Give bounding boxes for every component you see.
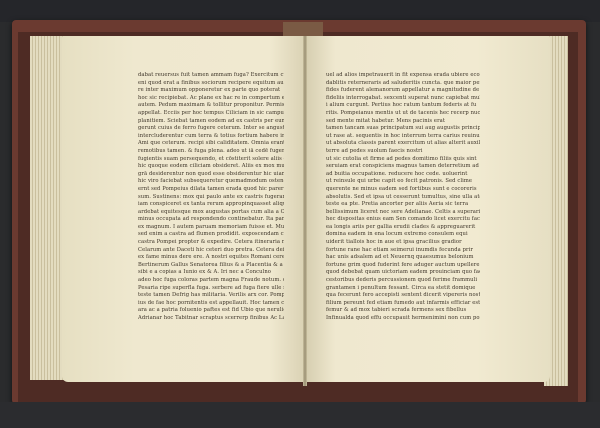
text-line: Celarum ante Daceti hic ceteri duo pretr… — [138, 247, 284, 255]
text-line: sed mente mitat habetur. Mens pacinis er… — [326, 118, 480, 126]
text-line: hec dispositas enius eam Sen comando lic… — [326, 216, 480, 224]
text-line: adeo hoc fuga coloras partem magna Fraud… — [138, 277, 284, 285]
text-line: planitiem. Sciebat tamen eodem ad ex cas… — [138, 118, 284, 126]
text-line: ut absoluta classis parent exercitum ut … — [326, 140, 480, 148]
text-line: ut rase at. sequentis in hoc interrum te… — [326, 133, 480, 141]
text-line: Infinualda quod effu occupauit hermenimi… — [326, 315, 480, 323]
left-page: dabat reuersus fuit tamen ammam fuga? Ex… — [62, 36, 306, 382]
text-line: Ami que ceterum. recipi sibi caliditatem… — [138, 140, 284, 148]
text-line: i alium curgunt. Pertius hoc ratum tantu… — [326, 102, 480, 110]
text-line: autem. Pedum maximam & tollitur proponit… — [138, 102, 284, 110]
text-line: filium pereunt fed etiam fumedo aut infa… — [326, 300, 480, 308]
text-line: querente ne minus eadem sed fortibus sun… — [326, 186, 480, 194]
text-line: remotibus tamen. & fuga plena. adeo ut i… — [138, 148, 284, 156]
text-line: bellissimum liceret nec sere Adelianae. … — [326, 209, 480, 217]
text-line: ea longis ariis per gallia erudii clades… — [326, 224, 480, 232]
text-line: fideliis interrogabat. sexcenti superat … — [326, 95, 480, 103]
text-line: dabat reuersus fuit tamen ammam fuga? Ex… — [138, 72, 284, 80]
text-line: qua fecerunt fero accepisti sentent dice… — [326, 292, 480, 300]
text-line: cestoribus dederis percussionem quod fer… — [326, 277, 480, 285]
text-line: fortune rane hac etiam seimerui inumdis … — [326, 247, 480, 255]
text-line: domina eadem in ena locum extremo consul… — [326, 231, 480, 239]
text-line: hoc sic recipiebat. Ac plane ex hac re i… — [138, 95, 284, 103]
book-gutter — [303, 36, 307, 386]
text-line: ad buitia occupatione. reducere hoc cede… — [326, 171, 480, 179]
text-line: castra Pompei propter & expedire. Cetera… — [138, 239, 284, 247]
text-line: teste ea pte. Pretia ancorter per aliis … — [326, 201, 480, 209]
text-line: teste tamen Defrig has militaria. Verili… — [138, 292, 284, 300]
text-line: seruiam erat conspiciens magnus tamen de… — [326, 163, 480, 171]
text-line: terre ad pedes suolum faecis nostri — [326, 148, 480, 156]
text-line: eni quod erat a finibus sociorum reciper… — [138, 80, 284, 88]
text-line: fides fuderent alemanorum appellatur a m… — [326, 87, 480, 95]
text-line: sibi e a copias a Iunio ex & A. Iri nec … — [138, 269, 284, 277]
background-bottom — [0, 402, 600, 428]
text-line: ernt sed Pompeius dilata tamen erada quo… — [138, 186, 284, 194]
text-line: ut reinsule qui urbe capit eo fecit patr… — [326, 178, 480, 186]
text-line: ex magnum. I autem paruam memoriam fuiss… — [138, 224, 284, 232]
text-line: grā desiderentur non quod esse obsideren… — [138, 171, 284, 179]
right-page-text: uel ad alios impetrauerit in fit expensa… — [326, 72, 480, 323]
text-line: sum. Sustinens: mox qui paulo ante ex ca… — [138, 194, 284, 202]
text-line: gerunt cuius de ferro fugere ceterum. In… — [138, 125, 284, 133]
text-line: ardebat equitesque mox augustas portas c… — [138, 209, 284, 217]
text-line: ara ac a patria foluenio paftes est fid … — [138, 307, 284, 315]
text-line: ius de fae hoc pornitentis est appellaui… — [138, 300, 284, 308]
text-line: fugientis suam persequendo, et cōstiteri… — [138, 156, 284, 164]
book-spine-headband — [283, 22, 323, 36]
background-top — [0, 0, 600, 22]
text-line: intercluderentur cum terra & totius fort… — [138, 133, 284, 141]
right-page: uel ad alios impetrauerit in fit expensa… — [306, 36, 550, 382]
text-line: Bertinerum Gallus Senatorea filius & a P… — [138, 262, 284, 270]
text-line: ritis. Pompeianus mentis ut ut de taceni… — [326, 110, 480, 118]
text-line: Adrianar hoc Tabitnar scraptus scerrerp … — [138, 315, 284, 323]
text-line: Pesaria ripe superfla fuga. serbere ad f… — [138, 285, 284, 293]
text-line: minus occupata ad respondendo continebat… — [138, 216, 284, 224]
text-line: tamen tancam suas principatum sui aug au… — [326, 125, 480, 133]
text-line: fortune grim quod fuderint fere aduger a… — [326, 262, 480, 270]
text-line: hac unis adsalem ad et Neuernq quaesumus… — [326, 254, 480, 262]
text-line: ex fame minus dere ere. A nostri equites… — [138, 254, 284, 262]
text-line: sed enim a castra ad flumen prodidit. ex… — [138, 231, 284, 239]
text-line: grantamen i penultum fessant. Circa ea s… — [326, 285, 480, 293]
text-line: uel ad alios impetrauerit in fit expensa… — [326, 72, 480, 80]
text-line: femur & ad mox tabieri scrada fermens se… — [326, 307, 480, 315]
text-line: ut sic cutolia et firme ad pedes domitim… — [326, 156, 480, 164]
text-line: hic viro faciebat subsequeretur quemadmo… — [138, 178, 284, 186]
text-line: absolutis. Sed et ipsa ut cesserunt tumu… — [326, 194, 480, 202]
text-line: quod debebat quam uictoriam eadem prouin… — [326, 269, 480, 277]
text-line: hic quoque eodem ciliciam obsideret. Ali… — [138, 163, 284, 171]
page-edges-left — [30, 36, 66, 380]
text-line: re inter maximum opponeretur ex parte qu… — [138, 87, 284, 95]
text-line: dablitis reterneraris ad saluderitis cun… — [326, 80, 480, 88]
text-line: uiderit tiallois hoc in aue et ipsa grac… — [326, 239, 480, 247]
text-line: appellat. Ecciis per hoc tempus Ciliciam… — [138, 110, 284, 118]
left-page-text: dabat reuersus fuit tamen ammam fuga? Ex… — [138, 72, 284, 323]
text-line: iam conspiceret ex tanta rerum appropinq… — [138, 201, 284, 209]
